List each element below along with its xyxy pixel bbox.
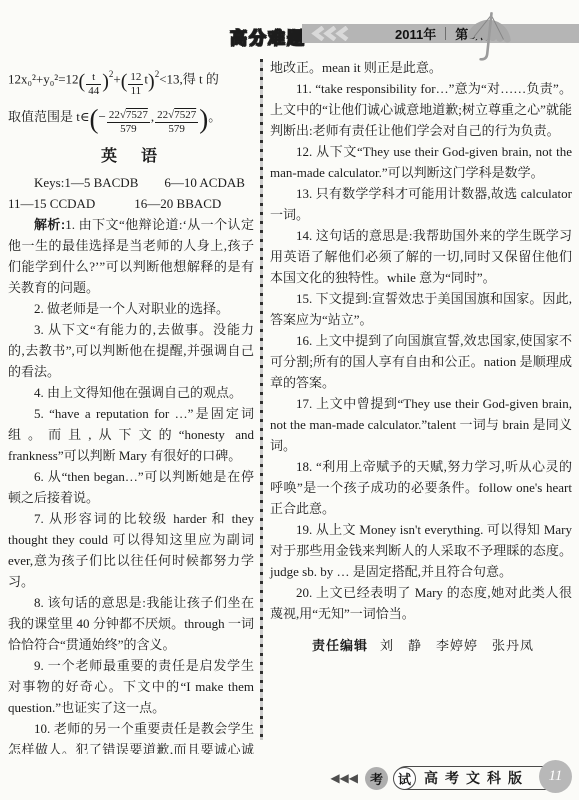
paragraph: 14. 这句话的意思是:我帮助国外来的学生既学习用英语了解他们必须了解的一切,同…	[270, 225, 572, 288]
paragraph: 9. 一个老师最重要的责任是启发学生对事物的好奇心。下文中的“I make th…	[8, 655, 254, 718]
math-line-2: 取值范围是 t∈(−22√7527579,22√7527579)。	[8, 99, 254, 137]
logo-circle-kao: 考	[365, 767, 388, 790]
paragraph: 20. 上文已经表明了 Mary 的态度,她对此类人很蔑视,用“无知”一词恰当。	[270, 582, 572, 624]
header-bar: 2011年 第3期	[302, 24, 579, 43]
editors-label: 责任编辑	[312, 638, 368, 653]
paragraph: 8. 该句话的意思是:我能让孩子们坐在我的课堂里 40 分钟都不厌烦。throu…	[8, 592, 254, 655]
page-number: 11	[539, 760, 572, 793]
paragraph: 16. 上文中提到了向国旗宣誓,效忠国家,使国家不可分割;所有的国人享有自由和公…	[270, 330, 572, 393]
editors-line: 责任编辑刘 静 李婷婷 张丹凤	[270, 635, 572, 656]
edition-box: 试 高考文科版 11	[394, 766, 568, 790]
paragraph: 17. 上文中曾提到“They use their God-given brai…	[270, 393, 572, 456]
paragraph: 15. 下文提到:宣誓效忠于美国国旗和国家。因此,答案应为“站立”。	[270, 288, 572, 330]
keys-line-2: 11—15 CCDAD 16—20 BBACD	[8, 193, 254, 214]
paragraph: 2. 做老师是一个人对职业的选择。	[8, 298, 254, 319]
editors-names: 刘 静 李婷婷 张丹凤	[380, 638, 534, 653]
math-line-1: 12x₀²+y₀²=12(t44)2+(1211t)2<13,得 t 的	[8, 57, 254, 99]
paragraph: 19. 从上文 Money isn't everything. 可以得知 Mar…	[270, 519, 572, 582]
left-paragraphs: 解析:1. 由下文“他辩论道:‘从一个认定他一生的最佳选择是当老师的人身上,孩子…	[8, 214, 254, 754]
triple-left-chevron-icon	[311, 26, 351, 41]
content-area: 12x₀²+y₀²=12(t44)2+(1211t)2<13,得 t 的 取值范…	[8, 57, 572, 754]
paragraph: 解析:1. 由下文“他辩论道:‘从一个认定他一生的最佳选择是当老师的人身上,孩子…	[8, 214, 254, 298]
right-paragraphs: 地改正。mean it 则正是此意。11. “take responsibili…	[270, 57, 572, 624]
edition-title: 高考文科版	[424, 768, 529, 788]
triple-left-arrow-icon: ◀◀◀	[330, 771, 358, 785]
paragraph: 11. “take responsibility for…”意为“对……负责”。…	[270, 78, 572, 141]
keys-line-1: Keys:1—5 BACDB 6—10 ACDAB	[8, 172, 254, 193]
paragraph: 18. “利用上帝赋予的天赋,努力学习,听从心灵的呼唤”是一个孩子成功的必要条件…	[270, 456, 572, 519]
paragraph: 7. 从形容词的比较级 harder 和 they thought they c…	[8, 508, 254, 592]
paragraph: 5. “have a reputation for …”是固定词组。而且,从下文…	[8, 403, 254, 466]
math-formula: 12x₀²+y₀²=12(t44)2+(1211t)2<13,得 t 的 取值范…	[8, 57, 254, 137]
page-header: 高分难题 2011年 第3期	[0, 16, 579, 60]
column-divider	[260, 59, 263, 740]
header-year: 2011年	[395, 24, 436, 43]
magazine-logo: 高分难题	[230, 24, 306, 49]
paragraph: 3. 从下文“有能力的,去做事。没能力的,去教书”,可以判断他在提醒,并强调自己…	[8, 319, 254, 382]
right-column: 地改正。mean it 则正是此意。11. “take responsibili…	[268, 57, 572, 754]
section-title: 英 语	[8, 146, 254, 167]
paragraph: 6. 从“then began…”可以判断她是在停顿之后接着说。	[8, 466, 254, 508]
paragraph: 地改正。mean it 则正是此意。	[270, 57, 572, 78]
paragraph: 12. 从下文“They use their God-given brain, …	[270, 141, 572, 183]
paragraph: 4. 由上文得知他在强调自己的观点。	[8, 382, 254, 403]
page-footer: ◀◀◀ 考 试 高考文科版 11	[330, 765, 568, 791]
header-divider	[445, 27, 446, 40]
left-column: 12x₀²+y₀²=12(t44)2+(1211t)2<13,得 t 的 取值范…	[8, 57, 254, 754]
logo-circle-shi: 试	[393, 767, 416, 790]
paragraph: 10. 老师的另一个重要责任是教会学生怎样做人。犯了错误要道歉,而且要诚心诚意	[8, 718, 254, 754]
magazine-page: 高分难题 2011年 第3期 12x₀²+y₀²=12(t44)2+(1211t…	[0, 0, 579, 800]
paragraph: 13. 只有数学学科才可能用计数器,故选 calculator 一词。	[270, 183, 572, 225]
answer-keys: Keys:1—5 BACDB 6—10 ACDAB 11—15 CCDAD 16…	[8, 172, 254, 214]
